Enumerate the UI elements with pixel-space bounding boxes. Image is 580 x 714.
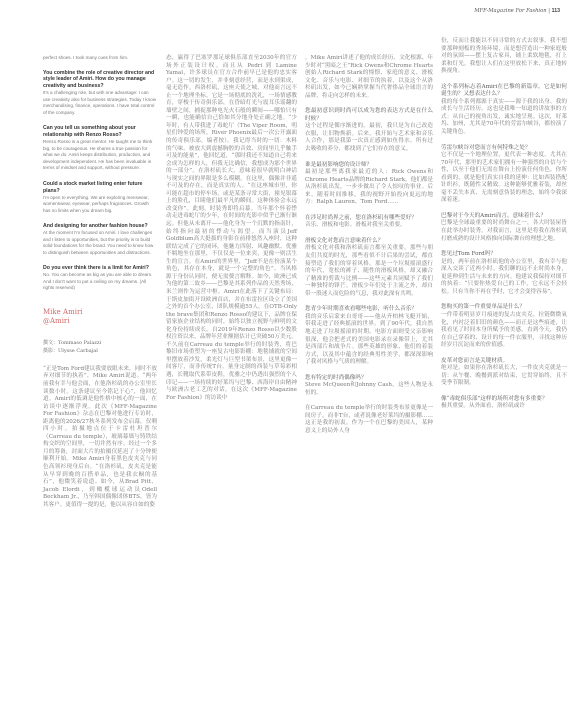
qa-block: Can you tell us something about your rel… xyxy=(43,125,157,172)
qa-block: 您有特定的时尚偶像吗？ Steve McQueen和Johnny Cash。这些… xyxy=(305,375,433,398)
article-column-4: 份，反而让我能以不同寻常的方式去叙事。我不想要那种刻板的秀场环境，而是想营造出一… xyxy=(441,38,567,419)
answer: 巴黎是全球最重要的时尚舞台之一，各大时装屋皆在此举办时装秀。对我而言，这里是将我… xyxy=(441,220,567,243)
photographer-label: 摄影： xyxy=(43,348,58,354)
question: 这个系列标志着Amiri在巴黎的新篇章。它是如何诞生的？又想表达什么？ xyxy=(441,84,567,99)
subject-signature: Mike Amiri @Amiri xyxy=(43,308,157,327)
english-interview-column: perfect shoes. I took many cues from him… xyxy=(43,55,157,509)
question: 您青少年时期喜欢看哪些电影，听什么音乐？ xyxy=(305,306,433,314)
qa-block: You combine the role of creative directo… xyxy=(43,70,157,117)
page-header: MFF-Magazine For Fashion | 113 xyxy=(474,8,560,14)
answer: 音乐、滑板和电影。滑板对我至关重要。 xyxy=(305,222,433,230)
intro-tail: perfect shoes. I took many cues from him… xyxy=(43,55,157,62)
question: 您见过Tom Ford吗？ xyxy=(441,251,567,259)
photographer-credit: 摄影：Ulysse Carbajal xyxy=(43,347,157,356)
answer: 我的每个系列都源于真实——源于我的出身、我的成长与生活经历。这也是我唯一知道的讲… xyxy=(441,99,567,137)
qa-block: Could a stock market listing enter futur… xyxy=(43,181,157,214)
answer: No. You can become as big as you are abl… xyxy=(43,272,157,292)
article-body-col3-tail: 在Carreau du temple举行的时装秀布景更像是一间房子，而非T台，或… xyxy=(305,405,433,435)
answer: 极其重要。从外面看，洛杉矶或许 xyxy=(441,403,567,411)
qa-block: 皮革对您而言是关键材质。 绝对是。如果你在洛杉矶长大，一件皮夹克就是一切：从午餐… xyxy=(441,358,567,388)
qa-block: 巴黎对于今天的Amiri而言，意味着什么？ 巴黎是全球最重要的时尚舞台之一，各大… xyxy=(441,213,567,243)
qa-block: 像“毒蛇俱乐部”这样的场所对您有多重要？ 极其重要。从外面看，洛杉矶或许 xyxy=(441,396,567,411)
qa-block: And designing for another fashion house?… xyxy=(43,223,157,256)
subject-name: Mike Amiri xyxy=(43,308,157,317)
question: 您购买的第一件重要单品是什么？ xyxy=(441,304,567,312)
question: Can you tell us something about your rel… xyxy=(43,125,157,139)
question: And designing for another fashion house? xyxy=(43,223,157,230)
qa-block: 劳雷尔峡谷对您而言有何特殊之处？ 它不仅是一个地理位置，更代表一种态度。尤其在7… xyxy=(441,145,567,205)
answer: At the moment I'm focused on Amiri. I lo… xyxy=(43,230,157,256)
article-column-2: 态，赢得了巴塞罗那足球俱乐部直至2030年的官方场外正装设计权。而且从 Pedr… xyxy=(166,55,297,410)
header-separator: | xyxy=(548,8,550,14)
qa-block: 谁是最初影响您的设计师？ 最初是那些离我家最近的人：Rick Owens和Chr… xyxy=(305,162,433,207)
article-body-col4: 份，反而让我能以不同寻常的方式去叙事。我不想要那种刻板的秀场环境，而是想营造出一… xyxy=(441,38,567,76)
answer: 绝对是。如果你在洛杉矶长大，一件皮夹克就是一切：从午餐、晚餐到派对结束，它贯穿始… xyxy=(441,365,567,388)
qa-block: 滑板文化对您而言意味着什么？ 滑板文化对我和洛杉矶而言都至关重要。那些与朋友们共… xyxy=(305,238,433,298)
answer: 最初是那些离我家最近的人：Rick Owens和Chrome Hearts品牌的… xyxy=(305,169,433,207)
qa-block: 您见过Tom Ford吗？ 是的，两年前在洛杉矶他的办公室里，我有幸与他深入交谈… xyxy=(441,251,567,296)
qa-block: Do you ever think there is a limit for A… xyxy=(43,265,157,292)
article-body-col1: “正是Tom Ford建议我要放眼未来，同时不放弃对细节的执着”，Mike Am… xyxy=(43,366,157,509)
writer-name: Tommaso Palazzi xyxy=(58,340,101,346)
answer: It's a challenging role, but with one ad… xyxy=(43,90,157,116)
article-credits: 撰文：Tommaso Palazzi 摄影：Ulysse Carbajal xyxy=(43,339,157,356)
qa-block: 在涉足时尚界之前，您在洛杉矶有哪些爱好？ 音乐、滑板和电影。滑板对我至关重要。 xyxy=(305,215,433,230)
writer-credit: 撰文：Tommaso Palazzi xyxy=(43,339,157,348)
answer: Renzo Rosso is a great mentor. He taught… xyxy=(43,139,157,172)
question: 劳雷尔峡谷对您而言有何特殊之处？ xyxy=(441,145,567,153)
question: 谁是最初影响您的设计师？ xyxy=(305,162,433,170)
answer: 滑板文化对我和洛杉矶而言都至关重要。那些与朋友们共度的时光，那些看似不计后果的尝… xyxy=(305,245,433,298)
question: Could a stock market listing enter futur… xyxy=(43,181,157,195)
subject-handle: @Amiri xyxy=(43,317,157,326)
question: 您最初意识到时尚可以成为您的表达方式是在什么时候？ xyxy=(305,108,433,123)
article-body-col2: 态，赢得了巴塞罗那足球俱乐部直至2030年的官方场外正装设计权。而且从 Pedr… xyxy=(166,55,297,402)
article-body-col3: ，Mike Amiri讲述了他的成长经历、文化根源、年少时对“黑暗之王”Rick… xyxy=(305,55,433,100)
answer: 它不仅是一个地理位置，更代表一种态度。尤其在70年代，那里的艺术家们拥有一种强烈… xyxy=(441,152,567,205)
qa-block: 您最初意识到时尚可以成为您的表达方式是在什么时候？ 这个过程是循序渐进的。最初，… xyxy=(305,108,433,153)
qa-block: 您青少年时期喜欢看哪些电影，听什么音乐？ 我的音乐启蒙来自哥哥——他从齐柏林飞艇… xyxy=(305,306,433,366)
answer: I'm open to everything. We are exploring… xyxy=(43,195,157,215)
page-number: 113 xyxy=(552,8,560,14)
answer: 是的，两年前在洛杉矶他的办公室里，我有幸与他深入交谈了近两小时。我们聊的远不止时… xyxy=(441,259,567,297)
question: You combine the role of creative directo… xyxy=(43,70,157,90)
qa-block: 这个系列标志着Amiri在巴黎的新篇章。它是如何诞生的？又想表达什么？ 我的每个… xyxy=(441,84,567,137)
qa-block: 您购买的第一件重要单品是什么？ 一件带着明显岁月痕迹的复古皮夹克。拉链微微氧化，… xyxy=(441,304,567,349)
answer: 我的音乐启蒙来自哥哥——他从齐柏林飞艇开始，带我走进了经典摇滚的世界。到了90年… xyxy=(305,314,433,367)
answer: 这个过程是循序渐进的。最初，我只是为自己改造衣服，让旧物焕新。后来，我开始与艺术… xyxy=(305,123,433,153)
magazine-title: MFF-Magazine For Fashion xyxy=(474,8,546,14)
writer-label: 撰文： xyxy=(43,340,58,346)
question: Do you ever think there is a limit for A… xyxy=(43,265,157,272)
photographer-name: Ulysse Carbajal xyxy=(58,348,98,354)
answer: 一件带着明显岁月痕迹的复古皮夹克。拉链微微氧化，内衬泛着旧旧的颜色——而正是这些… xyxy=(441,312,567,350)
article-column-3: ，Mike Amiri讲述了他的成长经历、文化根源、年少时对“黑暗之王”Rick… xyxy=(305,55,433,444)
answer: Steve McQueen和Johnny Cash。这些人物是永恒的。 xyxy=(305,382,433,397)
